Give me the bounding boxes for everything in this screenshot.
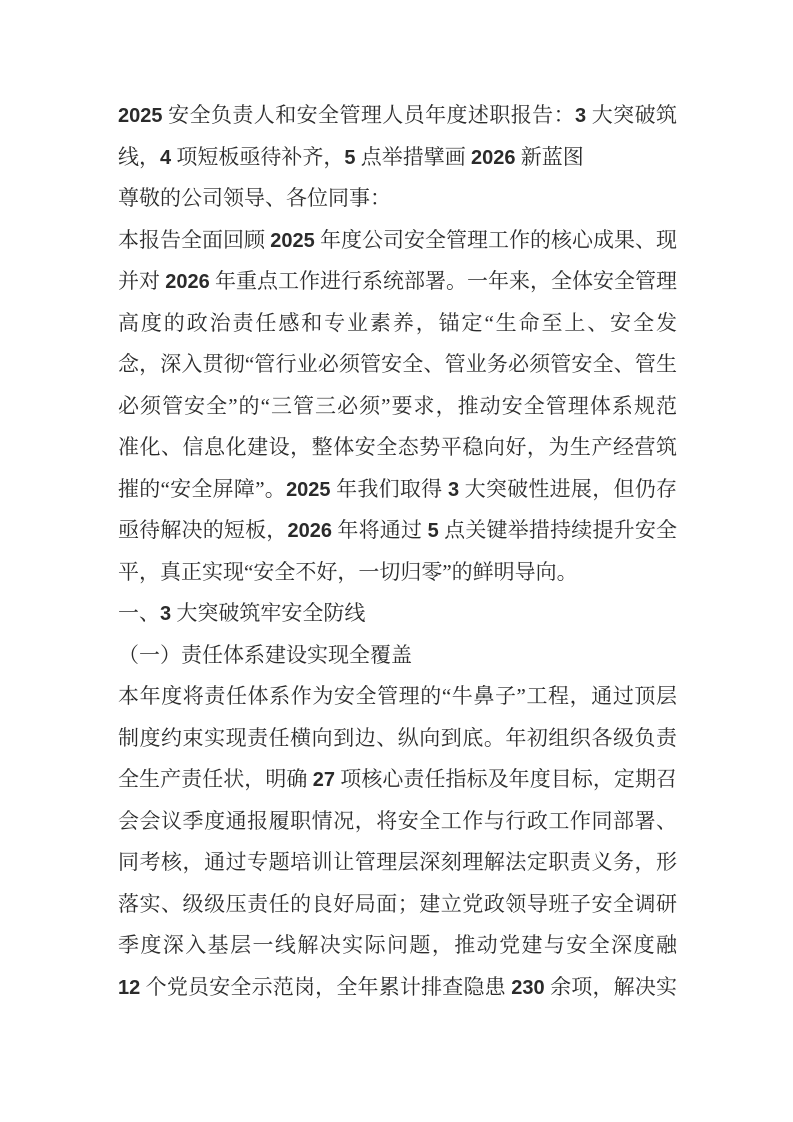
subsection-heading: （一）责任体系建设实现全覆盖 xyxy=(118,635,677,677)
text-line: 高度的政治责任感和专业素养，锚定“生命至上、安全发展”核心理 xyxy=(118,303,677,345)
numeric-text: 3 xyxy=(575,105,586,127)
text-line: （一）责任体系建设实现全覆盖 xyxy=(118,635,677,677)
text-line: 本年度将责任体系作为安全管理的“牛鼻子”工程，通过顶层设计与 xyxy=(118,676,677,718)
intro-paragraph: 本报告全面回顾 2025 年度公司安全管理工作的核心成果、现存短板，并对 202… xyxy=(118,220,677,594)
salutation: 尊敬的公司领导、各位同事： xyxy=(118,178,677,220)
title: 2025 安全负责人和安全管理人员年度述职报告：3 大突破筑牢安全防线，4 项短… xyxy=(118,95,677,178)
numeric-text: 5 xyxy=(344,147,355,169)
numeric-text: 27 xyxy=(313,769,335,791)
text-line: 季度深入基层一线解决实际问题，推动党建与安全深度融合，设立 xyxy=(118,925,677,967)
numeric-text: 3 xyxy=(160,603,171,625)
text-line: 制度约束实现责任横向到边、纵向到底。年初组织各级负责人签订安 xyxy=(118,718,677,760)
numeric-text: 4 xyxy=(160,147,171,169)
text-line: 摧的“安全屏障”。2025 年我们取得 3 大突破性进展，但仍存在 4 项 xyxy=(118,469,677,511)
body-paragraph: 本年度将责任体系作为安全管理的“牛鼻子”工程，通过顶层设计与制度约束实现责任横向… xyxy=(118,676,677,1008)
text-line: 2025 安全负责人和安全管理人员年度述职报告：3 大突破筑牢安全防 xyxy=(118,95,677,137)
numeric-text: 2025 xyxy=(118,105,163,127)
numeric-text: 3 xyxy=(448,479,459,501)
numeric-text: 230 xyxy=(511,977,544,999)
text-line: 必须管安全”的“三管三必须”要求，推动安全管理体系规范化、标 xyxy=(118,386,677,428)
numeric-text: 2026 xyxy=(471,147,516,169)
numeric-text: 2025 xyxy=(286,479,331,501)
text-line: 落实、级级压责任的良好局面；建立党政领导班子安全调研机制，每 xyxy=(118,884,677,926)
text-line: 会会议季度通报履职情况，将安全工作与行政工作同部署、同检查、 xyxy=(118,801,677,843)
section-heading: 一、3 大突破筑牢安全防线 xyxy=(118,593,677,635)
text-line: 准化、信息化建设，整体安全态势平稳向好，为生产经营筑牢坚不可 xyxy=(118,427,677,469)
text-line: 并对 2026 年重点工作进行系统部署。一年来，全体安全管理团队以 xyxy=(118,261,677,303)
document-page: 2025 安全负责人和安全管理人员年度述职报告：3 大突破筑牢安全防线，4 项短… xyxy=(0,0,793,1122)
text-line: 一、3 大突破筑牢安全防线 xyxy=(118,593,677,635)
text-line: 平，真正实现“安全不好，一切归零”的鲜明导向。 xyxy=(118,552,677,594)
text-line: 本报告全面回顾 2025 年度公司安全管理工作的核心成果、现存短板， xyxy=(118,220,677,262)
text-line: 尊敬的公司领导、各位同事： xyxy=(118,178,677,220)
numeric-text: 12 xyxy=(118,977,140,999)
text-line: 线，4 项短板亟待补齐，5 点举措擘画 2026 新蓝图 xyxy=(118,137,677,179)
text-line: 全生产责任状，明确 27 项核心责任指标及年度目标，定期召开安委 xyxy=(118,759,677,801)
text-line: 念，深入贯彻“管行业必须管安全、管业务必须管安全、管生产经营 xyxy=(118,344,677,386)
text-line: 12 个党员安全示范岗，全年累计排查隐患 230 余项，解决实际问题 xyxy=(118,967,677,1009)
numeric-text: 5 xyxy=(428,520,439,542)
numeric-text: 2025 xyxy=(270,230,315,252)
text-line: 同考核，通过专题培训让管理层深刻理解法定职责义务，形成层层抓 xyxy=(118,842,677,884)
numeric-text: 2026 xyxy=(165,271,210,293)
text-line: 亟待解决的短板，2026 年将通过 5 点关键举措持续提升安全管理水 xyxy=(118,510,677,552)
numeric-text: 2026 xyxy=(287,520,332,542)
